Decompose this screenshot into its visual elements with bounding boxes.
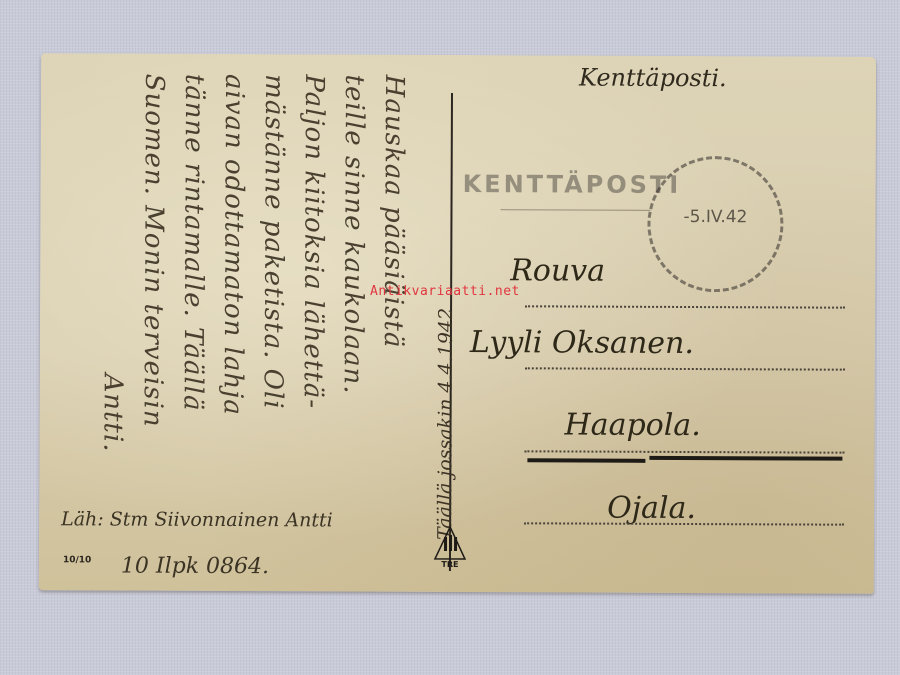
publisher-logo-icon [431, 525, 469, 561]
cancel-stamp-rule [500, 209, 650, 211]
message-line: mästänne paketista. Oli [258, 74, 289, 410]
message-line: tänne rintamalle. Täällä [178, 74, 209, 412]
message-signature: Antti. [97, 373, 127, 452]
address-town: Haapola. [564, 407, 700, 443]
message-line: aivan odottamaton lahja [218, 74, 249, 416]
field-post-note: Kenttäposti. [579, 64, 727, 93]
place-date: Täällä jossakin 4.4.1942 [434, 308, 457, 540]
address-salutation: Rouva [510, 253, 605, 288]
sender-line-2: 10 Ilpk 0864. [121, 554, 269, 580]
message-line: Paljon kiitoksia lähettä- [298, 74, 329, 409]
publisher-logo: TRE [431, 525, 469, 569]
address-line-3 [524, 450, 844, 453]
publisher-logo-label: TRE [431, 560, 469, 569]
town-underline-right [649, 456, 842, 461]
address-name: Lyyli Oksanen. [470, 325, 694, 361]
sender-line-1: Läh: Stm Siivonnainen Antti [61, 508, 333, 531]
address-line-2 [525, 367, 845, 370]
town-underline-left [527, 458, 645, 463]
address-line-1 [525, 305, 845, 308]
postmark-circle: -5.IV.42 [647, 156, 784, 293]
print-code: 10/10 [63, 555, 91, 565]
watermark: Antikvariaatti.net [370, 284, 520, 299]
postcard: Kenttäposti. KENTTÄPOSTI -5.IV.42 Hauska… [39, 53, 876, 594]
cancel-stamp-text: KENTTÄPOSTI [463, 170, 682, 199]
message-line: teille sinne kaukolaan. [338, 74, 369, 394]
address-locality: Ojala. [607, 491, 696, 526]
message-line: Suomen. Monin terveisin [138, 74, 170, 428]
message-line: Hauskaa pääsiäistä [378, 75, 409, 349]
postmark-date: -5.IV.42 [650, 207, 780, 228]
